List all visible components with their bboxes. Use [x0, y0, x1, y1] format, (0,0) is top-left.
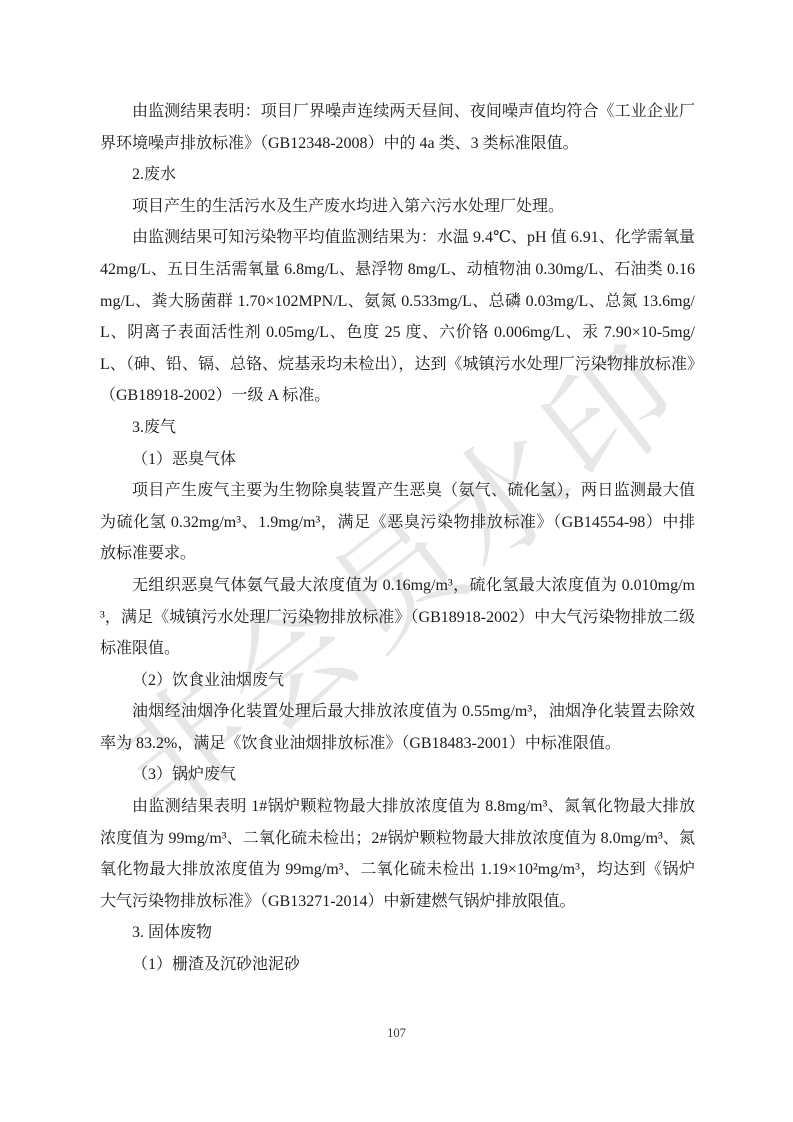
paragraph: 项目产生的生活污水及生产废水均进入第六污水处理厂处理。: [100, 191, 695, 223]
section-heading: （1）恶臭气体: [100, 444, 695, 476]
section-heading: （3）锅炉废气: [100, 759, 695, 791]
document-page: 非会员水印 由监测结果表明：项目厂界噪声连续两天昼间、夜间噪声值均符合《工业企业…: [0, 0, 793, 1122]
paragraph: 项目产生废气主要为生物除臭装置产生恶臭（氨气、硫化氢），两日监测最大值为硫化氢 …: [100, 475, 695, 570]
section-heading: 2.废水: [100, 159, 695, 191]
document-viewport: { "page": { "background_color": "#ffffff…: [0, 0, 793, 1122]
document-body: 由监测结果表明：项目厂界噪声连续两天昼间、夜间噪声值均符合《工业企业厂界环境噪声…: [100, 96, 695, 981]
section-heading: （2）饮食业油烟废气: [100, 665, 695, 697]
section-heading: （1）栅渣及沉砂池泥砂: [100, 949, 695, 981]
paragraph: 油烟经油烟净化装置处理后最大排放浓度值为 0.55mg/m³，油烟净化装置去除效…: [100, 696, 695, 759]
paragraph: 由监测结果表明 1#锅炉颗粒物最大排放浓度值为 8.8mg/m³、氮氧化物最大排…: [100, 791, 695, 917]
page-number: 107: [0, 1026, 793, 1041]
section-heading: 3. 固体废物: [100, 917, 695, 949]
paragraph: 由监测结果表明：项目厂界噪声连续两天昼间、夜间噪声值均符合《工业企业厂界环境噪声…: [100, 96, 695, 159]
paragraph: 无组织恶臭气体氨气最大浓度值为 0.16mg/m³，硫化氢最大浓度值为 0.01…: [100, 570, 695, 665]
section-heading: 3.废气: [100, 412, 695, 444]
paragraph: 由监测结果可知污染物平均值监测结果为：水温 9.4℃、pH 值 6.91、化学需…: [100, 222, 695, 412]
